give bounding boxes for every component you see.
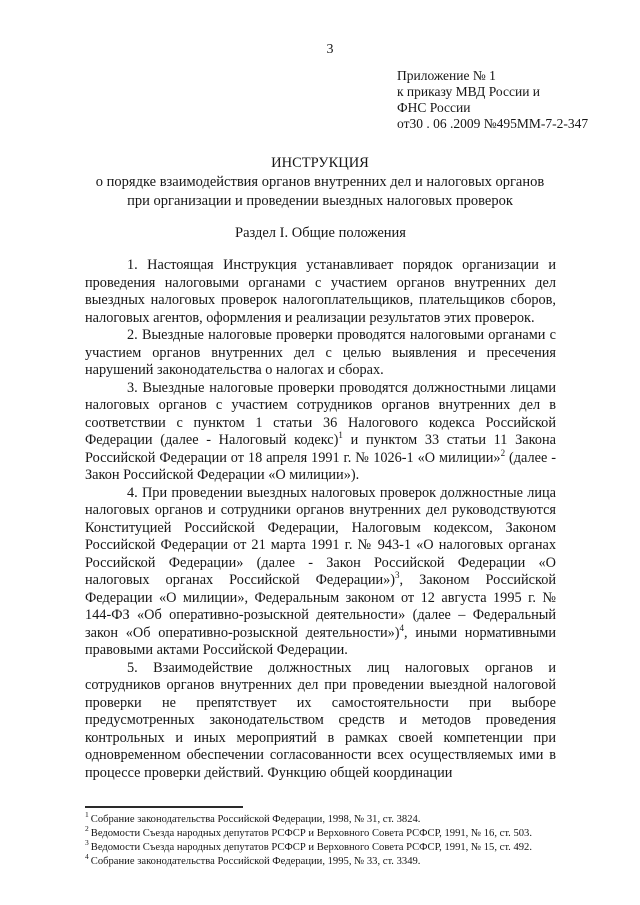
- footnote-1: 1Собрание законодательства Российской Фе…: [85, 813, 565, 827]
- approval-line-1: Приложение № 1: [397, 68, 588, 84]
- footnote-2: 2Ведомости Съезда народных депутатов РСФ…: [85, 827, 565, 841]
- instruction-title-block: ИНСТРУКЦИЯ о порядке взаимодействия орга…: [70, 154, 570, 211]
- paragraph-4: 4. При проведении выездных налоговых про…: [85, 485, 556, 660]
- instruction-subtitle-line-2: при организации и проведении выездных на…: [70, 192, 570, 211]
- footnote-area: 1Собрание законодательства Российской Фе…: [85, 806, 565, 869]
- paragraph-2: 2. Выездные налоговые проверки проводятс…: [85, 327, 556, 380]
- footnote-4-text: Собрание законодательства Российской Фед…: [91, 856, 421, 867]
- footnote-1-text: Собрание законодательства Российской Фед…: [91, 814, 421, 825]
- footnote-1-marker: 1: [85, 810, 89, 819]
- footnote-4: 4Собрание законодательства Российской Фе…: [85, 855, 565, 869]
- section-heading: Раздел I. Общие положения: [85, 225, 556, 242]
- footnote-3-marker: 3: [85, 838, 89, 847]
- footnote-2-marker: 2: [85, 824, 89, 833]
- document-page: 3 Приложение № 1 к приказу МВД России и …: [0, 0, 640, 905]
- footnote-3: 3Ведомости Съезда народных депутатов РСФ…: [85, 841, 565, 855]
- footnote-4-marker: 4: [85, 852, 89, 861]
- footnote-separator: [85, 806, 243, 808]
- approval-block: Приложение № 1 к приказу МВД России и ФН…: [397, 68, 588, 132]
- page-number: 3: [0, 42, 640, 58]
- instruction-title: ИНСТРУКЦИЯ: [70, 154, 570, 173]
- paragraph-1: 1. Настоящая Инструкция устанавливает по…: [85, 257, 556, 327]
- document-body: 1. Настоящая Инструкция устанавливает по…: [85, 257, 556, 782]
- approval-line-3: ФНС России: [397, 100, 588, 116]
- approval-line-4: от30 . 06 .2009 №495ММ-7-2-347: [397, 116, 588, 132]
- approval-line-2: к приказу МВД России и: [397, 84, 588, 100]
- paragraph-5: 5. Взаимодействие должностных лиц налого…: [85, 660, 556, 783]
- footnote-2-text: Ведомости Съезда народных депутатов РСФС…: [91, 828, 532, 839]
- instruction-subtitle-line-1: о порядке взаимодействия органов внутрен…: [70, 173, 570, 192]
- footnote-3-text: Ведомости Съезда народных депутатов РСФС…: [91, 842, 532, 853]
- paragraph-3: 3. Выездные налоговые проверки проводятс…: [85, 380, 556, 485]
